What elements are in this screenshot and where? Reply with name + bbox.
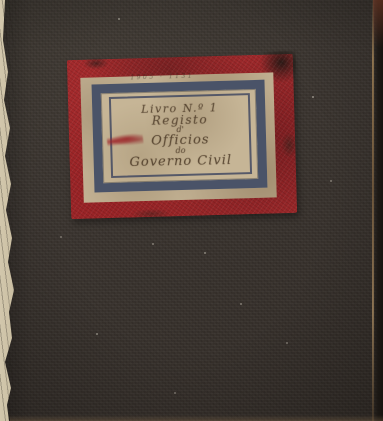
worn-patch (83, 57, 109, 70)
pasted-title-label: 1905 · 1131 Livro N.º 1 Registo d' Offic… (67, 54, 297, 219)
label-paper: 1905 · 1131 Livro N.º 1 Registo d' Offic… (80, 72, 276, 202)
frayed-left-edge (0, 0, 20, 421)
label-line-governo-civil: Governo Civil (130, 154, 233, 169)
label-title: Livro N.º 1 Registo d' Officios do Gover… (129, 102, 233, 169)
scanned-register-cover-photo: 1905 · 1131 Livro N.º 1 Registo d' Offic… (0, 0, 383, 421)
cover-right-edge (373, 0, 383, 421)
cover-bottom-edge (10, 415, 383, 421)
